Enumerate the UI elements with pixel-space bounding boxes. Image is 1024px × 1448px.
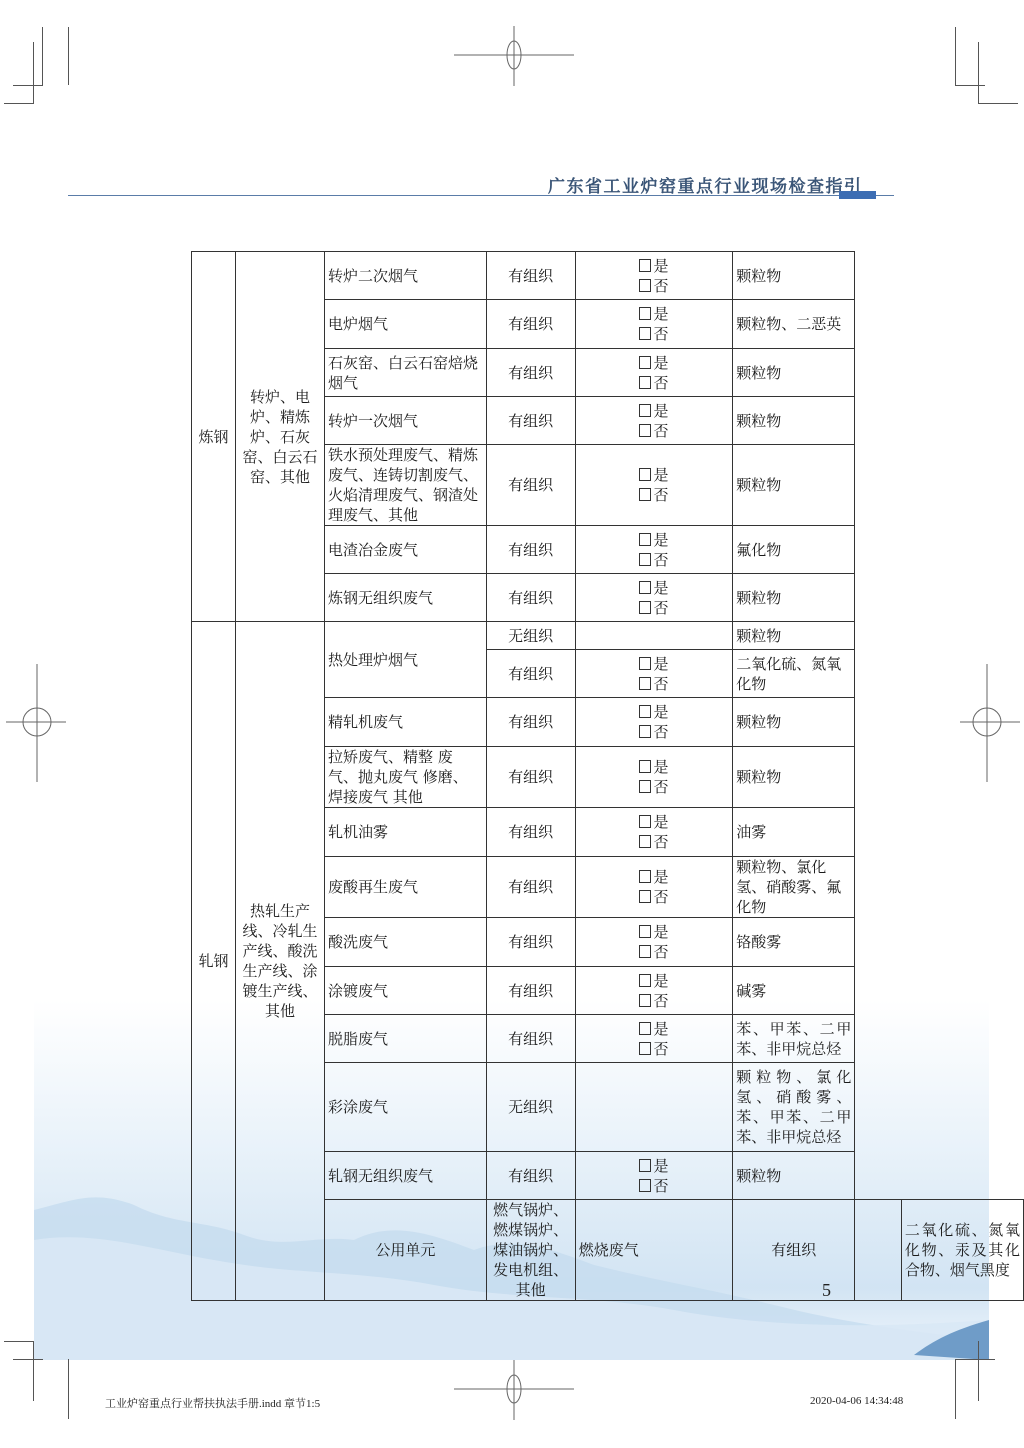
type-cell: 有组织 — [486, 252, 575, 300]
pollutant-cell: 颗粒物 — [733, 747, 855, 808]
source-cell: 彩涂废气 — [325, 1063, 487, 1152]
checkbox-icon[interactable] — [639, 890, 651, 903]
type-cell: 有组织 — [486, 747, 575, 808]
source-cell: 热处理炉烟气 — [325, 622, 487, 698]
pollutant-cell: 二氧化硫、氮氧化物、汞及其化合物、烟气黑度 — [901, 1200, 1023, 1301]
checkbox-icon[interactable] — [639, 307, 651, 320]
inspection-table: 炼钢 转炉、电炉、精炼炉、石灰窑、白云石窑、其他 转炉二次烟气 有组织 是否 颗… — [191, 251, 1024, 1301]
checkbox-icon[interactable] — [639, 994, 651, 1007]
checkbox-no[interactable]: 否 — [639, 486, 668, 504]
pollutant-cell: 二氧化硫、氮氧化物 — [733, 650, 855, 698]
print-slug-file: 工业炉窑重点行业帮扶执法手册.indd 章节1:5 — [105, 1395, 320, 1411]
pollutant-cell: 颗粒物 — [733, 252, 855, 300]
checkbox-yes[interactable]: 是 — [639, 868, 668, 886]
checkbox-cell: 是否 — [575, 650, 733, 698]
header-rule — [68, 195, 894, 196]
checkbox-no[interactable]: 否 — [639, 675, 668, 693]
crop-mark — [4, 1341, 34, 1342]
pollutant-cell: 颗粒物 — [733, 1152, 855, 1200]
pollutant-cell: 颗粒物 — [733, 698, 855, 747]
source-cell: 脱脂废气 — [325, 1015, 487, 1063]
crop-mark — [978, 42, 979, 103]
category-cell: 炼钢 — [192, 252, 236, 622]
source-cell: 铁水预处理废气、精炼废气、连铸切割废气、火焰清理废气、钢渣处理废气、其他 — [325, 445, 487, 526]
checkbox-cell: 是否 — [575, 857, 733, 918]
checkbox-icon[interactable] — [639, 1042, 651, 1055]
source-cell: 电炉烟气 — [325, 300, 487, 349]
checkbox-icon[interactable] — [639, 945, 651, 958]
checkbox-icon[interactable] — [639, 1179, 651, 1192]
checkbox-icon[interactable] — [639, 327, 651, 340]
page-number: 5 — [822, 1280, 831, 1301]
checkbox-icon[interactable] — [639, 279, 651, 292]
registration-mark-bottom — [454, 1360, 574, 1420]
type-cell: 有组织 — [486, 808, 575, 857]
source-cell: 转炉二次烟气 — [325, 252, 487, 300]
table-row: 炼钢 转炉、电炉、精炼炉、石灰窑、白云石窑、其他 转炉二次烟气 有组织 是否 颗… — [192, 252, 1024, 300]
crop-mark — [955, 85, 985, 86]
type-cell: 无组织 — [486, 1063, 575, 1152]
checkbox-no[interactable]: 否 — [639, 992, 668, 1010]
pollutant-cell: 颗粒物 — [733, 574, 855, 622]
checkbox-cell: 是否 — [575, 252, 733, 300]
table-row: 轧钢 热轧生产线、冷轧生产线、酸洗生产线、涂镀生产线、其他 热处理炉烟气 无组织… — [192, 622, 1024, 650]
checkbox-cell: 是否 — [575, 526, 733, 574]
checkbox-icon[interactable] — [639, 725, 651, 738]
checkbox-icon[interactable] — [639, 815, 651, 828]
type-cell: 有组织 — [486, 397, 575, 445]
pollutant-cell: 油雾 — [733, 808, 855, 857]
registration-mark-top — [454, 26, 574, 86]
crop-mark — [13, 1359, 43, 1360]
checkbox-icon[interactable] — [639, 404, 651, 417]
checkbox-cell: 是否 — [575, 698, 733, 747]
checkbox-icon[interactable] — [639, 657, 651, 670]
checkbox-cell: 是否 — [575, 445, 733, 526]
pollutant-cell: 颗粒物、二恶英 — [733, 300, 855, 349]
source-cell: 转炉一次烟气 — [325, 397, 487, 445]
checkbox-yes[interactable]: 是 — [639, 579, 668, 597]
category-cell: 轧钢 — [192, 622, 236, 1301]
type-cell: 无组织 — [486, 622, 575, 650]
source-cell: 拉矫废气、精整 废气、抛丸废气 修磨、焊接废气 其他 — [325, 747, 487, 808]
checkbox-icon[interactable] — [639, 581, 651, 594]
pollutant-cell: 颗粒物 — [733, 445, 855, 526]
checkbox-no[interactable]: 否 — [639, 723, 668, 741]
checkbox-icon[interactable] — [639, 533, 651, 546]
checkbox-cell: 是否 — [575, 1152, 733, 1200]
pollutant-cell: 颗粒物、氯化氢、硝酸雾、苯、甲苯、二甲苯、非甲烷总烃 — [733, 1063, 855, 1152]
checkbox-icon[interactable] — [639, 705, 651, 718]
checkbox-yes[interactable]: 是 — [639, 354, 668, 372]
crop-mark — [42, 27, 43, 85]
checkbox-no[interactable]: 否 — [639, 277, 668, 295]
crop-mark — [4, 103, 34, 104]
checkbox-yes[interactable]: 是 — [639, 531, 668, 549]
type-cell: 有组织 — [733, 1200, 855, 1301]
source-cell: 石灰窑、白云石窑焙烧烟气 — [325, 349, 487, 397]
checkbox-cell: 是否 — [575, 747, 733, 808]
equipment-cell: 热轧生产线、冷轧生产线、酸洗生产线、涂镀生产线、其他 — [235, 622, 324, 1301]
type-cell: 有组织 — [486, 1152, 575, 1200]
checkbox-no[interactable]: 否 — [639, 1040, 668, 1058]
crop-mark — [955, 27, 956, 85]
checkbox-icon[interactable] — [639, 601, 651, 614]
checkbox-icon[interactable] — [639, 780, 651, 793]
pollutant-cell: 碱雾 — [733, 967, 855, 1015]
crop-mark — [68, 27, 69, 85]
source-cell: 炼钢无组织废气 — [325, 574, 487, 622]
type-cell: 有组织 — [486, 349, 575, 397]
checkbox-yes[interactable]: 是 — [639, 1020, 668, 1038]
checkbox-yes[interactable]: 是 — [639, 257, 668, 275]
pollutant-cell: 颗粒物 — [733, 349, 855, 397]
checkbox-yes[interactable]: 是 — [639, 923, 668, 941]
checkbox-no[interactable]: 否 — [639, 833, 668, 851]
checkbox-yes[interactable]: 是 — [639, 1157, 668, 1175]
checkbox-cell: 是否 — [575, 574, 733, 622]
source-cell: 燃烧废气 — [575, 1200, 733, 1301]
checkbox-yes[interactable]: 是 — [639, 972, 668, 990]
pollutant-cell: 氟化物 — [733, 526, 855, 574]
checkbox-yes[interactable]: 是 — [639, 655, 668, 673]
checkbox-cell: 是否 — [575, 1015, 733, 1063]
equipment-cell: 转炉、电炉、精炼炉、石灰窑、白云石窑、其他 — [235, 252, 324, 622]
print-slug-timestamp: 2020-04-06 14:34:48 — [810, 1395, 903, 1407]
checkbox-cell-empty — [575, 622, 733, 650]
checkbox-icon[interactable] — [639, 760, 651, 773]
type-cell: 有组织 — [486, 526, 575, 574]
checkbox-yes[interactable]: 是 — [639, 305, 668, 323]
checkbox-cell-empty — [575, 1063, 733, 1152]
checkbox-yes[interactable]: 是 — [639, 813, 668, 831]
checkbox-cell: 是否 — [575, 918, 733, 967]
pollutant-cell: 苯、甲苯、二甲苯、非甲烷总烃 — [733, 1015, 855, 1063]
checkbox-no[interactable]: 否 — [639, 943, 668, 961]
type-cell: 有组织 — [486, 445, 575, 526]
type-cell: 有组织 — [486, 300, 575, 349]
checkbox-icon[interactable] — [639, 553, 651, 566]
checkbox-yes[interactable]: 是 — [639, 466, 668, 484]
checkbox-icon[interactable] — [639, 468, 651, 481]
checkbox-icon[interactable] — [639, 925, 651, 938]
pollutant-cell: 颗粒物 — [733, 622, 855, 650]
source-cell: 精轧机废气 — [325, 698, 487, 747]
source-cell: 轧钢无组织废气 — [325, 1152, 487, 1200]
checkbox-icon[interactable] — [639, 1022, 651, 1035]
checkbox-icon[interactable] — [639, 974, 651, 987]
checkbox-cell: 是否 — [575, 967, 733, 1015]
crop-mark — [955, 1359, 995, 1360]
checkbox-cell: 是否 — [575, 349, 733, 397]
pollutant-cell: 颗粒物 — [733, 397, 855, 445]
source-cell: 轧机油雾 — [325, 808, 487, 857]
checkbox-icon[interactable] — [639, 1159, 651, 1172]
checkbox-icon[interactable] — [639, 356, 651, 369]
checkbox-no[interactable]: 否 — [639, 1177, 668, 1195]
registration-mark-left — [6, 664, 76, 784]
checkbox-icon[interactable] — [639, 835, 651, 848]
crop-mark — [978, 103, 1018, 104]
source-cell: 废酸再生废气 — [325, 857, 487, 918]
category-cell: 公用单元 — [325, 1200, 487, 1301]
checkbox-icon[interactable] — [639, 677, 651, 690]
source-cell: 电渣冶金废气 — [325, 526, 487, 574]
running-header-title: 广东省工业炉窑重点行业现场检查指引 — [548, 172, 863, 197]
checkbox-icon[interactable] — [639, 376, 651, 389]
checkbox-icon[interactable] — [639, 424, 651, 437]
type-cell: 有组织 — [486, 967, 575, 1015]
crop-mark — [33, 1341, 34, 1401]
crop-mark — [68, 1359, 69, 1419]
checkbox-no[interactable]: 否 — [639, 422, 668, 440]
type-cell: 有组织 — [486, 918, 575, 967]
type-cell: 有组织 — [486, 1015, 575, 1063]
checkbox-yes[interactable]: 是 — [639, 703, 668, 721]
checkbox-cell: 是否 — [575, 300, 733, 349]
checkbox-no[interactable]: 否 — [639, 374, 668, 392]
type-cell: 有组织 — [486, 698, 575, 747]
checkbox-icon[interactable] — [639, 488, 651, 501]
checkbox-cell-empty — [855, 1200, 902, 1301]
type-cell: 有组织 — [486, 650, 575, 698]
checkbox-yes[interactable]: 是 — [639, 758, 668, 776]
checkbox-icon[interactable] — [639, 259, 651, 272]
source-cell: 酸洗废气 — [325, 918, 487, 967]
crop-mark — [978, 1341, 979, 1401]
checkbox-no[interactable]: 否 — [639, 551, 668, 569]
checkbox-no[interactable]: 否 — [639, 778, 668, 796]
checkbox-no[interactable]: 否 — [639, 599, 668, 617]
checkbox-cell: 是否 — [575, 397, 733, 445]
checkbox-icon[interactable] — [639, 870, 651, 883]
pollutant-cell: 铬酸雾 — [733, 918, 855, 967]
header-accent-block — [839, 191, 876, 199]
crop-mark — [13, 85, 43, 86]
equipment-cell: 燃气锅炉、燃煤锅炉、煤油锅炉、发电机组、其他 — [486, 1200, 575, 1301]
source-cell: 涂镀废气 — [325, 967, 487, 1015]
type-cell: 有组织 — [486, 574, 575, 622]
crop-mark — [955, 1359, 956, 1419]
crop-mark — [33, 42, 34, 103]
type-cell: 有组织 — [486, 857, 575, 918]
checkbox-no[interactable]: 否 — [639, 888, 668, 906]
pollutant-cell: 颗粒物、氯化氢、硝酸雾、氟化物 — [733, 857, 855, 918]
checkbox-cell: 是否 — [575, 808, 733, 857]
checkbox-no[interactable]: 否 — [639, 325, 668, 343]
checkbox-yes[interactable]: 是 — [639, 402, 668, 420]
